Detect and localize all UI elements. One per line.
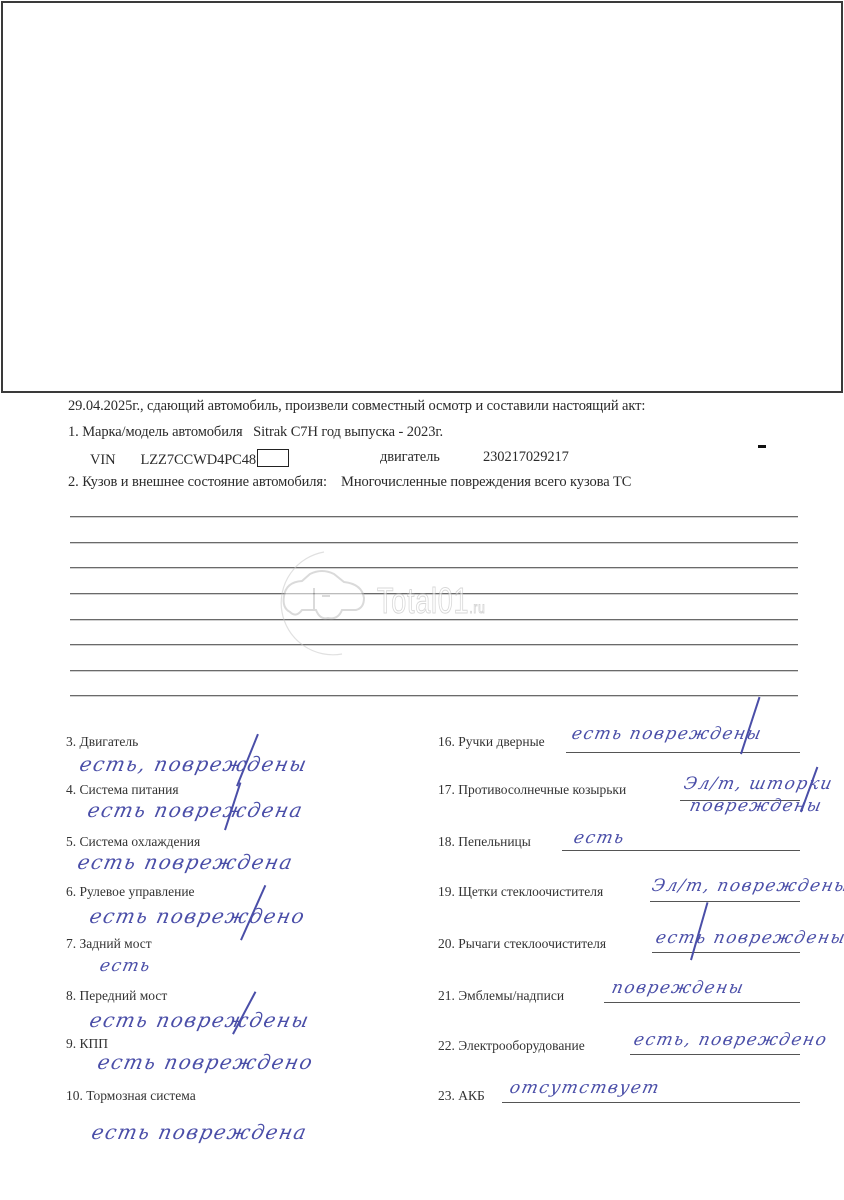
ruled-line [70, 695, 798, 696]
underline-wiper-blades [650, 901, 800, 902]
item-2-body: 2. Кузов и внешнее состояние автомобиля:… [68, 474, 631, 491]
ruled-line [70, 619, 798, 620]
item-1-label: 1. Марка/модель автомобиля [68, 424, 243, 440]
underline-battery [502, 1102, 800, 1103]
underline-electrical [630, 1054, 800, 1055]
label-emblems: 21. Эмблемы/надписи [438, 988, 564, 1004]
watermark-brand: Total01 [377, 580, 469, 621]
handwritten-ashtrays: есть [572, 828, 627, 848]
vin-label: VIN [90, 452, 115, 468]
handwritten-wiper-blades: Эл/т, повреждены [650, 876, 844, 896]
handwritten-front-axle: есть повреждены [87, 1008, 312, 1032]
label-electrical: 22. Электрооборудование [438, 1038, 585, 1054]
handwritten-rear-axle: есть [98, 956, 153, 976]
redacted-header-area [1, 1, 843, 393]
vin-row: VIN LZZ7CCWD4PC48 [90, 449, 289, 469]
handwritten-engine: есть, повреждены [77, 752, 310, 776]
handwritten-wiper-arms: есть повреждены [654, 928, 844, 948]
handwritten-electrical: есть, повреждено [632, 1030, 830, 1050]
engine-label: двигатель [380, 449, 440, 466]
underline-door-handles [566, 752, 800, 753]
label-rear-axle: 7. Задний мост [66, 936, 152, 952]
label-wiper-blades: 19. Щетки стеклоочистителя [438, 884, 603, 900]
label-sun-visors: 17. Противосолнечные козырьки [438, 782, 626, 798]
label-door-handles: 16. Ручки дверные [438, 734, 545, 750]
ruled-line [70, 670, 798, 671]
handwritten-door-handles: есть повреждены [570, 724, 764, 744]
handwritten-steering: есть повреждено [87, 904, 308, 928]
label-fuel-system: 4. Система питания [66, 782, 179, 798]
label-cooling-system: 5. Система охлаждения [66, 834, 200, 850]
handwritten-brake-system: есть повреждена [89, 1120, 309, 1144]
handwritten-emblems: повреждены [610, 978, 746, 998]
engine-value: 230217029217 [483, 449, 569, 466]
underline-emblems [604, 1002, 800, 1003]
underline-ashtrays [562, 850, 800, 851]
label-steering: 6. Рулевое управление [66, 884, 195, 900]
vin-redacted-box [257, 449, 289, 467]
handwritten-gearbox: есть повреждено [95, 1050, 316, 1074]
year-label: год выпуска - 2023г. [321, 424, 443, 440]
label-brake-system: 10. Тормозная система [66, 1088, 196, 1104]
item-2-label: 2. Кузов и внешнее состояние автомобиля: [68, 474, 327, 490]
item-1-make-model: 1. Марка/модель автомобиля Sitrak C7H го… [68, 424, 443, 441]
ruled-line [70, 516, 798, 517]
ruled-line [70, 567, 798, 568]
handwritten-battery: отсутствует [508, 1078, 662, 1098]
underline-wiper-arms [652, 952, 800, 953]
vin-value: LZZ7CCWD4PC48 [141, 452, 257, 468]
label-battery: 23. АКБ [438, 1088, 485, 1104]
ruled-line [70, 644, 798, 645]
watermark-text: Total01.ru [377, 580, 486, 622]
ruled-line [70, 542, 798, 543]
ruled-line [70, 593, 798, 594]
watermark-suffix: .ru [469, 600, 485, 617]
model-value: Sitrak C7H [253, 424, 318, 440]
label-wiper-arms: 20. Рычаги стеклоочистителя [438, 936, 606, 952]
watermark-car-icon [272, 548, 382, 658]
dash-mark [758, 445, 766, 448]
item-2-value: Многочисленные повреждения всего кузова … [341, 474, 631, 490]
handwritten-cooling-system: есть повреждена [75, 850, 295, 874]
intro-line: 29.04.2025г., сдающий автомобиль, произв… [68, 398, 645, 415]
handwritten-fuel-system: есть повреждена [85, 798, 305, 822]
label-ashtrays: 18. Пепельницы [438, 834, 531, 850]
watermark: Total01.ru [272, 548, 382, 663]
label-engine: 3. Двигатель [66, 734, 138, 750]
label-front-axle: 8. Передний мост [66, 988, 167, 1004]
